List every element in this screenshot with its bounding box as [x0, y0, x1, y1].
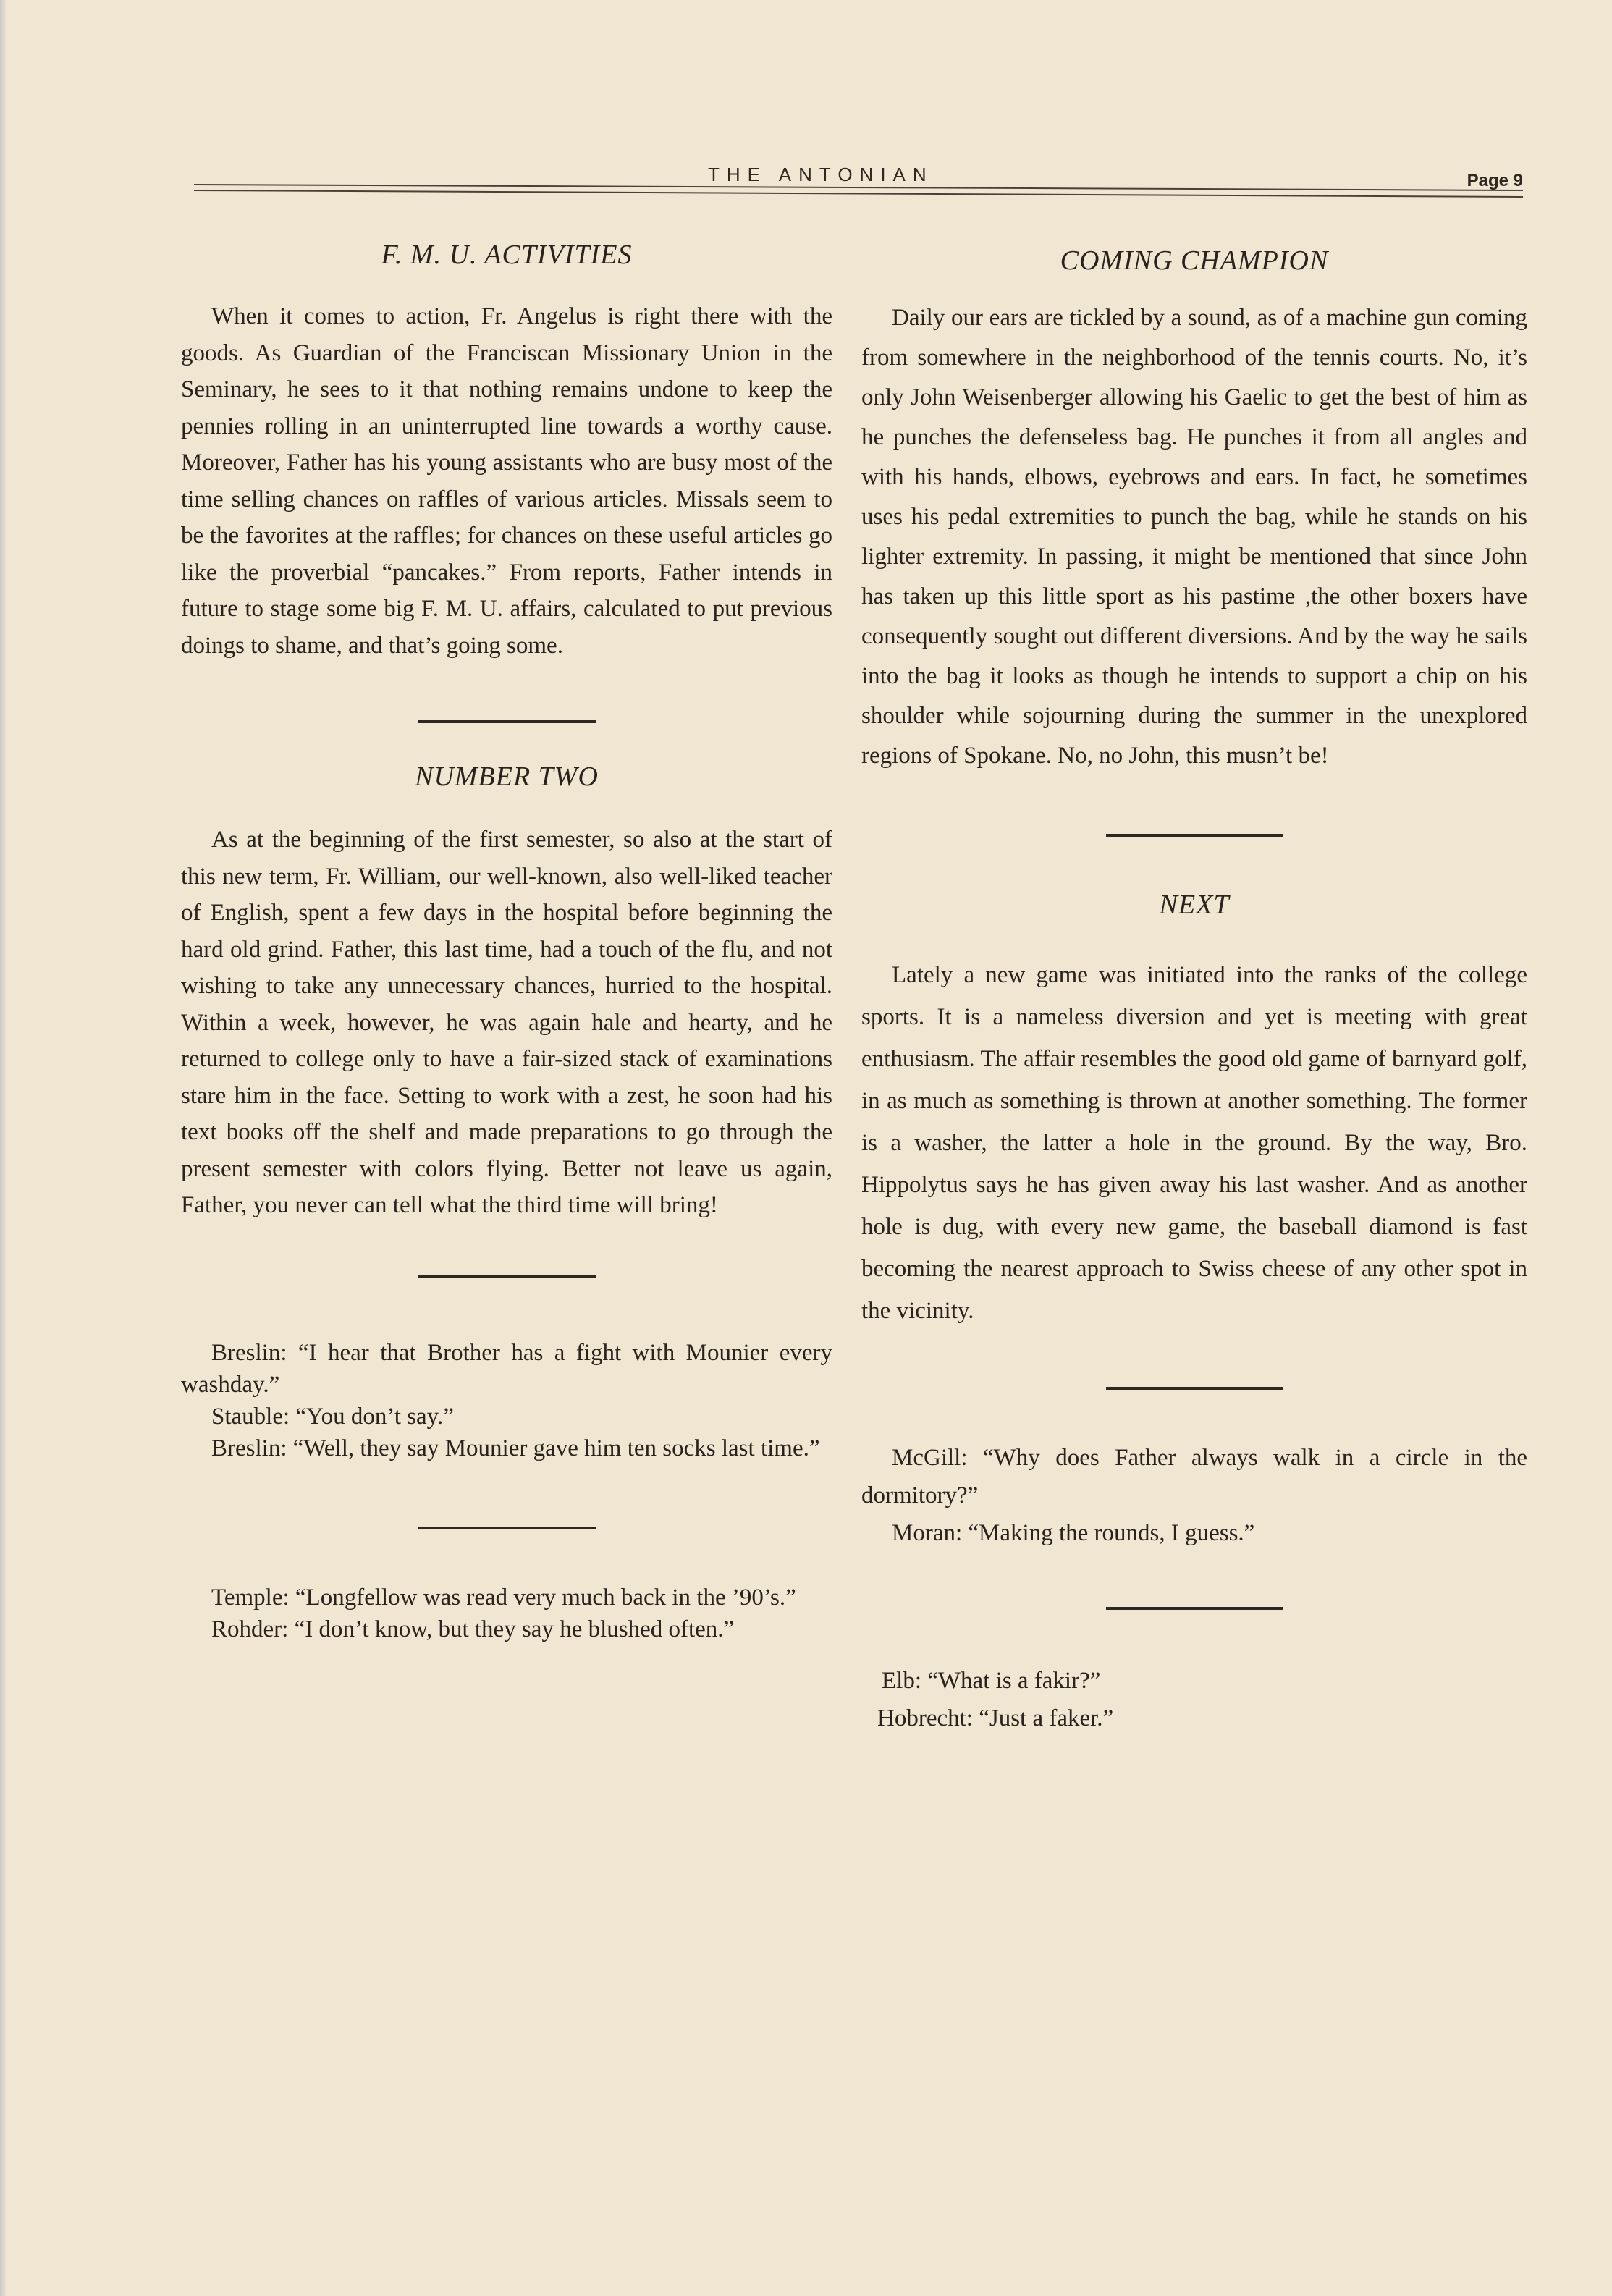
- article-title: F. M. U. ACTIVITIES: [181, 239, 832, 271]
- speaker: Elb:: [882, 1668, 921, 1694]
- joke-mcgill-moran: McGill: “Why does Father always walk in …: [861, 1439, 1527, 1552]
- page-edge: [0, 0, 6, 2296]
- dialog-line: Hobrecht: “Just a faker.”: [861, 1700, 1527, 1737]
- article-body: Daily our ears are tickled by a sound, a…: [861, 298, 1527, 776]
- dialog-line: Elb: “What is a fakir?”: [861, 1662, 1527, 1700]
- dialog-line: Rohder: “I don’t know, but they say he b…: [181, 1613, 832, 1645]
- section-divider: [1106, 834, 1283, 837]
- section-divider: [418, 720, 596, 723]
- page-number: Page 9: [1467, 171, 1523, 191]
- article-next: NEXT Lately a new game was initiated int…: [861, 889, 1527, 1332]
- speaker: Moran:: [892, 1520, 962, 1546]
- dialog-line: Breslin: “I hear that Brother has a figh…: [181, 1337, 832, 1401]
- section-divider: [418, 1275, 596, 1278]
- publication-title: THE ANTONIAN: [708, 164, 934, 186]
- article-body: As at the beginning of the first semeste…: [181, 822, 832, 1224]
- article-number-two: NUMBER TWO As at the beginning of the fi…: [181, 761, 832, 1224]
- right-column: COMING CHAMPION Daily our ears are tickl…: [861, 232, 1527, 1737]
- article-title: COMING CHAMPION: [861, 245, 1527, 277]
- speaker: McGill:: [892, 1445, 968, 1471]
- quote: “Well, they say Mounier gave him ten soc…: [293, 1435, 820, 1461]
- dialog-line: McGill: “Why does Father always walk in …: [861, 1439, 1527, 1514]
- speaker: Breslin:: [211, 1340, 287, 1366]
- article-coming-champion: COMING CHAMPION Daily our ears are tickl…: [861, 245, 1527, 776]
- dialog-line: Stauble: “You don’t say.”: [181, 1401, 832, 1432]
- speaker: Rohder:: [211, 1616, 288, 1642]
- quote: “Longfellow was read very much back in t…: [295, 1584, 796, 1611]
- quote: “What is a fakir?”: [927, 1668, 1100, 1694]
- header-rule-bottom: [194, 190, 1523, 198]
- article-body: When it comes to action, Fr. Angelus is …: [181, 298, 832, 664]
- running-header: THE ANTONIAN Page 9: [194, 161, 1523, 190]
- article-title: NEXT: [861, 889, 1527, 921]
- speaker: Hobrecht:: [877, 1705, 973, 1731]
- article-body: Lately a new game was initiated into the…: [861, 954, 1527, 1332]
- dialog-line: Breslin: “Well, they say Mounier gave hi…: [181, 1432, 832, 1464]
- quote: “You don’t say.”: [295, 1404, 453, 1430]
- article-title: NUMBER TWO: [181, 761, 832, 793]
- quote: “I don’t know, but they say he blushed o…: [295, 1616, 735, 1642]
- speaker: Temple:: [211, 1584, 290, 1611]
- section-divider: [418, 1527, 596, 1529]
- dialog-line: Moran: “Making the rounds, I guess.”: [861, 1514, 1527, 1552]
- joke-elb-hobrecht: Elb: “What is a fakir?” Hobrecht: “Just …: [861, 1662, 1527, 1737]
- quote: “Making the rounds, I guess.”: [968, 1520, 1254, 1546]
- dialog-line: Temple: “Longfellow was read very much b…: [181, 1582, 832, 1613]
- section-divider: [1106, 1387, 1283, 1390]
- speaker: Stauble:: [211, 1404, 290, 1430]
- left-column: F. M. U. ACTIVITIES When it comes to act…: [181, 232, 832, 1645]
- quote: “Just a faker.”: [979, 1705, 1113, 1731]
- section-divider: [1106, 1607, 1283, 1610]
- article-fmu-activities: F. M. U. ACTIVITIES When it comes to act…: [181, 239, 832, 664]
- speaker: Breslin:: [211, 1435, 287, 1461]
- joke-breslin-stauble: Breslin: “I hear that Brother has a figh…: [181, 1337, 832, 1464]
- joke-temple-rohder: Temple: “Longfellow was read very much b…: [181, 1582, 832, 1645]
